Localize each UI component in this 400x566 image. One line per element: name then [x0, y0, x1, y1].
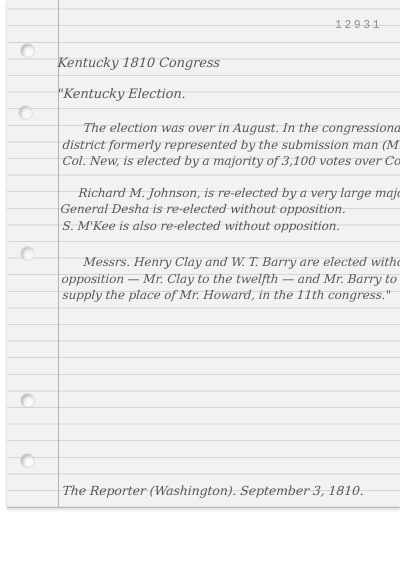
- paragraph-2-line-2: General Desha is re-elected without oppo…: [60, 201, 346, 217]
- paragraph-3-line-3: supply the place of Mr. Howard, in the 1…: [62, 287, 391, 303]
- punch-hole: [21, 394, 34, 407]
- punch-hole: [21, 454, 34, 467]
- punch-hole: [21, 247, 34, 260]
- paragraph-1-line-1: The election was over in August. In the …: [83, 120, 400, 136]
- page-title: Kentucky 1810 Congress: [57, 56, 221, 72]
- paragraph-1-line-3: Col. New, is elected by a majority of 3,…: [62, 153, 400, 169]
- punch-hole: [21, 44, 34, 57]
- paragraph-1-line-2: district formerly represented by the sub…: [62, 137, 400, 153]
- scanned-document: 12931 Kentucky 1810 Congress "Kentucky E…: [0, 0, 400, 566]
- article-headline: "Kentucky Election.: [57, 87, 186, 103]
- source-citation: The Reporter (Washington). September 3, …: [62, 483, 364, 499]
- punch-hole: [19, 106, 32, 119]
- paragraph-3-line-2: opposition — Mr. Clay to the twelfth — a…: [61, 271, 398, 287]
- margin-rule-line: [58, 0, 59, 507]
- catalog-number-stamp: 12931: [335, 19, 382, 32]
- notebook-page: 12931 Kentucky 1810 Congress "Kentucky E…: [7, 0, 400, 508]
- paragraph-2-line-1: Richard M. Johnson, is re-elected by a v…: [78, 185, 400, 201]
- paragraph-3-line-1: Messrs. Henry Clay and W. T. Barry are e…: [83, 254, 400, 270]
- paragraph-2-line-3: S. M'Kee is also re-elected without oppo…: [62, 218, 341, 234]
